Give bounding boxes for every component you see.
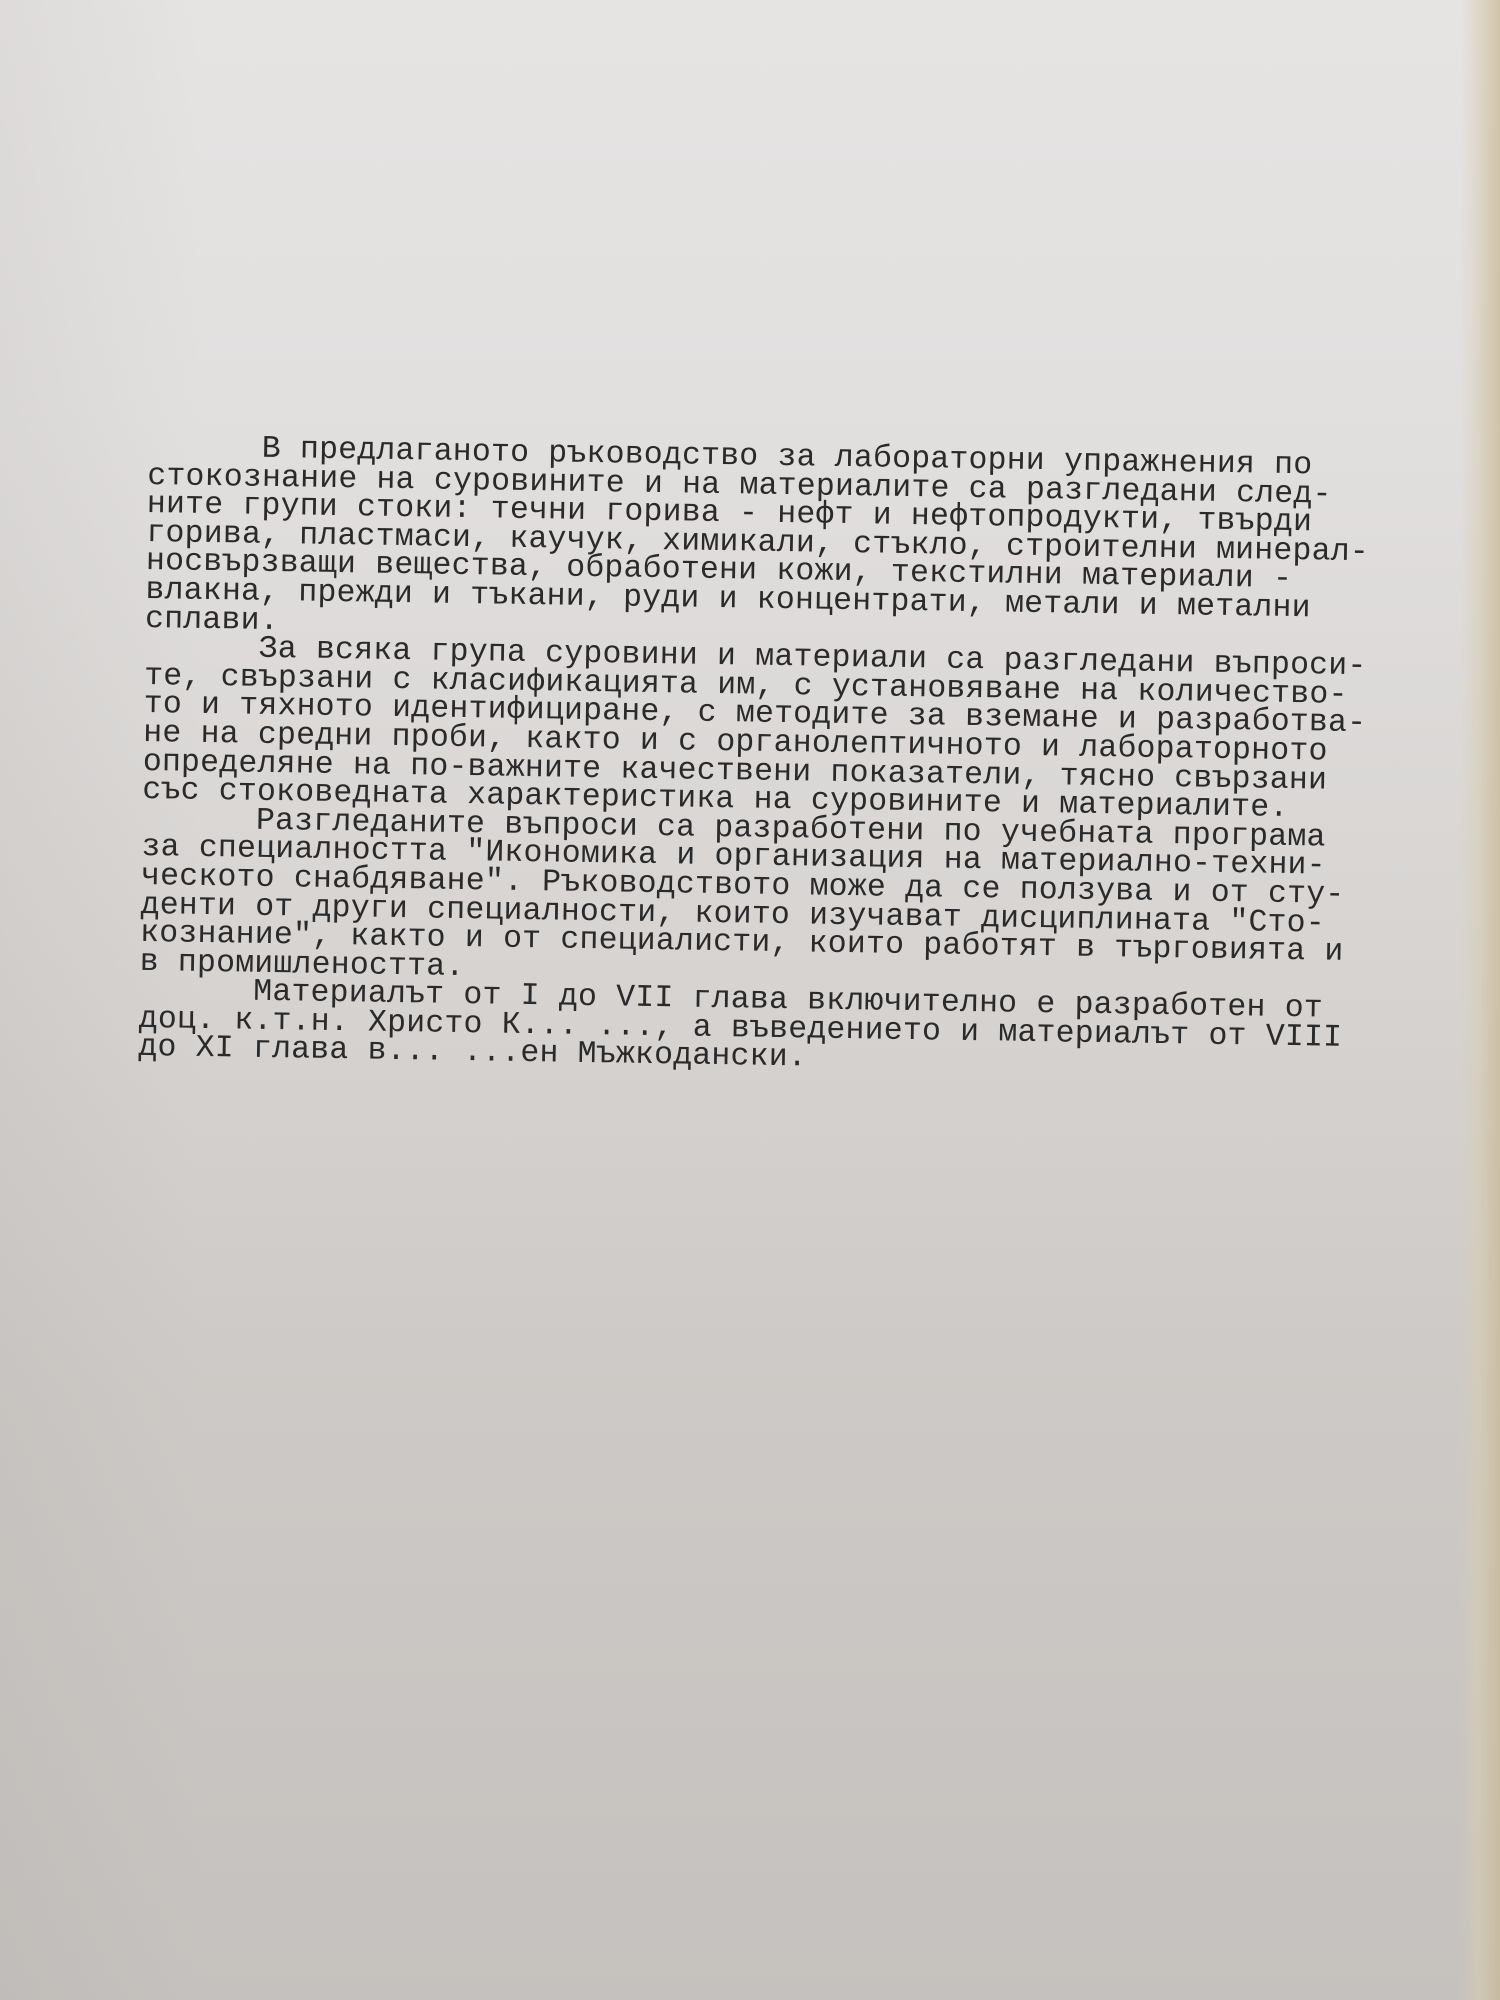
paragraph-1: В предлаганото ръководство за лабораторн… xyxy=(145,434,1438,654)
document-page: В предлаганото ръководство за лабораторн… xyxy=(0,0,1500,2000)
paragraph-2: За всяка група суровини и материали са р… xyxy=(142,634,1435,826)
paragraph-3: Разгледаните въпроси са разработени по у… xyxy=(139,806,1432,998)
page-edge xyxy=(1460,0,1500,2000)
preface-text: В предлаганото ръководство за лабораторн… xyxy=(138,434,1438,1083)
paragraph-4: Материалът от I до VII глава включително… xyxy=(138,977,1429,1083)
